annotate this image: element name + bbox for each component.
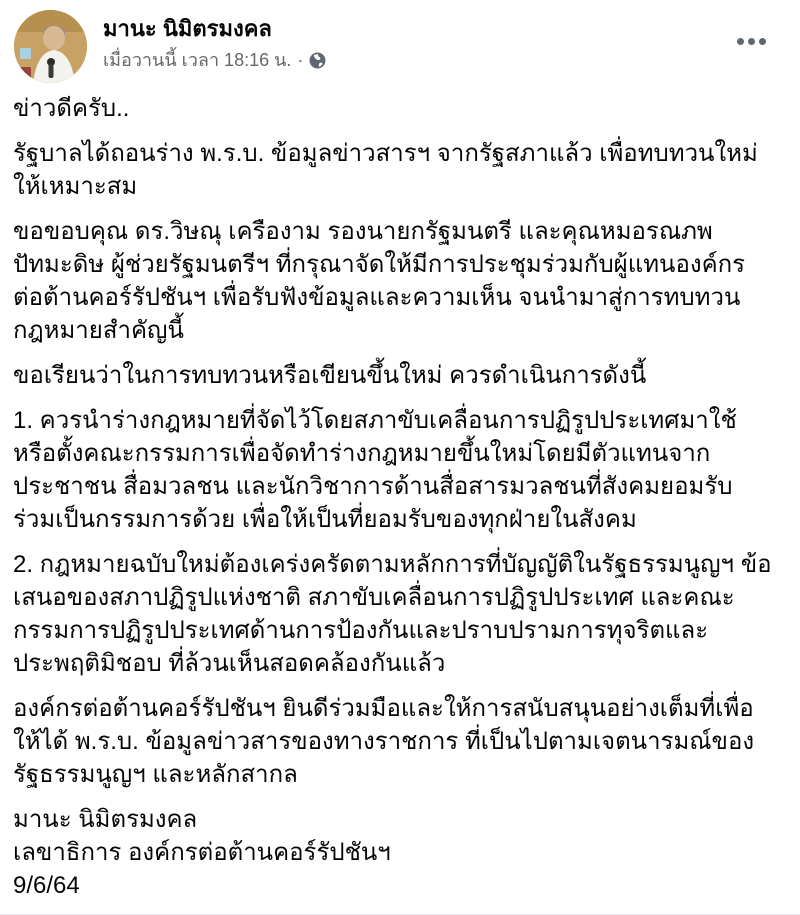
post-signature: มานะ นิมิตรมงคล เลขาธิการ องค์กรต่อต้านค… [13,803,774,902]
post-paragraph: ขอขอบคุณ ดร.วิษณุ เครืองาม รองนายกรัฐมนต… [13,215,774,347]
profile-photo-image [14,10,87,83]
ellipsis-icon [737,38,744,45]
post-body: ข่าวดีครับ.. รัฐบาลได้ถอนร่าง พ.ร.บ. ข้อ… [0,83,800,902]
post-paragraph: ขอเรียนว่าในการทบทวนหรือเขียนขึ้นใหม่ คว… [13,359,774,392]
ellipsis-icon [759,38,766,45]
timestamp[interactable]: เมื่อวานนี้ เวลา 18:16 น. [103,50,291,72]
ellipsis-icon [748,38,755,45]
post-paragraph: 2. กฎหมายฉบับใหม่ต้องเคร่งครัดตามหลักการ… [13,548,774,680]
avatar[interactable] [14,10,87,83]
facebook-post: มานะ นิมิตรมงคล เมื่อวานนี้ เวลา 18:16 น… [0,0,800,915]
post-paragraph: ข่าวดีครับ.. [13,92,774,125]
post-header: มานะ นิมิตรมงคล เมื่อวานนี้ เวลา 18:16 น… [0,0,800,83]
meta-separator: · [297,50,303,72]
globe-icon [309,52,326,69]
post-paragraph: 1. ควรนำร่างกฎหมายที่จัดไว้โดยสภาขับเคลื… [13,404,774,536]
post-header-text: มานะ นิมิตรมงคล เมื่อวานนี้ เวลา 18:16 น… [103,10,326,71]
author-name[interactable]: มานะ นิมิตรมงคล [103,15,326,43]
post-paragraph: องค์กรต่อต้านคอร์รัปชันฯ ยินดีร่วมมือและ… [13,692,774,791]
post-paragraph: รัฐบาลได้ถอนร่าง พ.ร.บ. ข้อมูลข่าวสารฯ จ… [13,137,774,203]
more-options-button[interactable] [733,34,770,49]
post-meta: เมื่อวานนี้ เวลา 18:16 น. · [103,50,326,72]
